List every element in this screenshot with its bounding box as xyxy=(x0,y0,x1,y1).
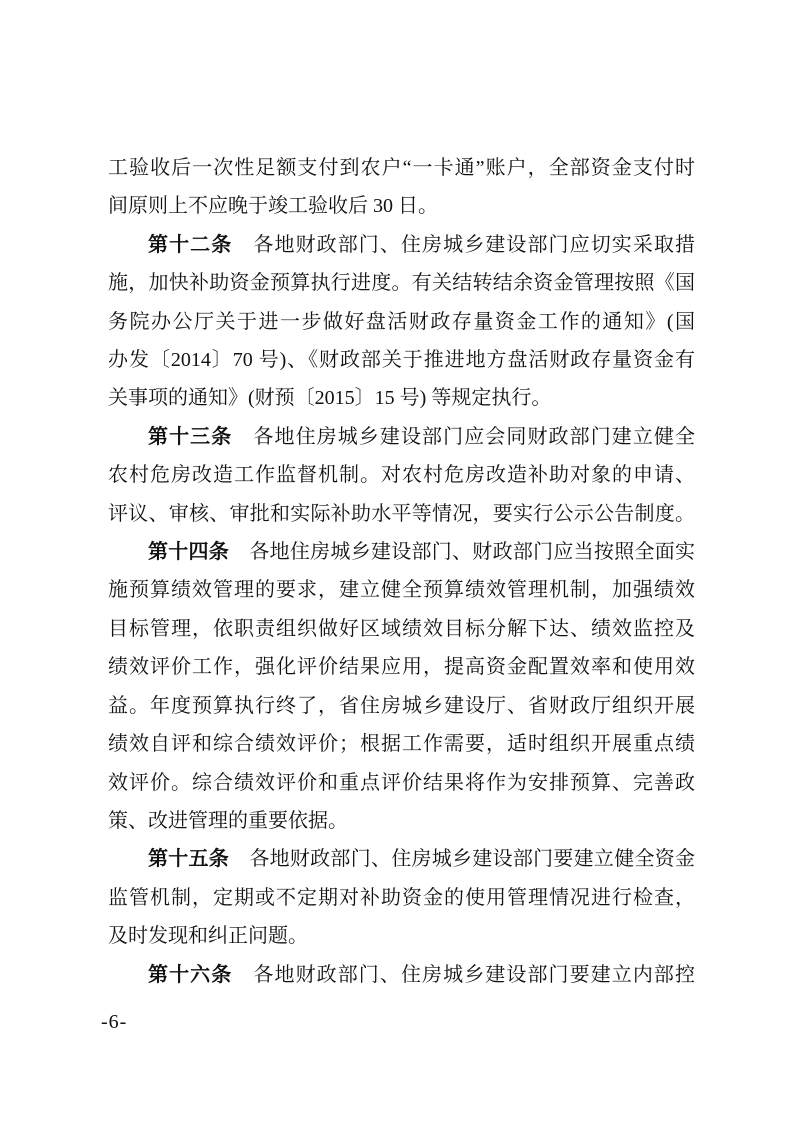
document-page: 工验收后一次性足额支付到农户“一卡通”账户，全部资金支付时 间原则上不应晚于竣工… xyxy=(0,0,793,1122)
document-line: 效评价。综合绩效评价和重点评价结果将作为安排预算、完善政 xyxy=(108,764,695,802)
line-text: 各地财政部门、住房城乡建设部门要建立内部控 xyxy=(232,964,695,986)
line-text: 各地住房城乡建设部门、财政部门应当按照全面实 xyxy=(229,541,695,563)
document-line: 评议、审核、审批和实际补助水平等情况，要实行公示公告制度。 xyxy=(108,495,695,533)
article-number: 第十六条 xyxy=(148,964,232,986)
line-text: 施，加快补助资金预算执行进度。有关结转结余资金管理按照《国 xyxy=(108,272,695,294)
line-text: 及时发现和纠正问题。 xyxy=(108,925,308,947)
line-text: 施预算绩效管理的要求，建立健全预算绩效管理机制，加强绩效 xyxy=(108,579,695,601)
line-text: 评议、审核、审批和实际补助水平等情况，要实行公示公告制度。 xyxy=(108,503,695,525)
line-text: 关事项的通知》(财预〔2015〕15 号) 等规定执行。 xyxy=(108,387,551,409)
article-number: 第十四条 xyxy=(148,541,229,563)
line-text: 监管机制，定期或不定期对补助资金的使用管理情况进行检查， xyxy=(108,887,695,909)
document-line: 策、改进管理的重要依据。 xyxy=(108,802,695,840)
line-text: 效评价。综合绩效评价和重点评价结果将作为安排预算、完善政 xyxy=(108,772,695,794)
line-text: 各地财政部门、住房城乡建设部门应切实采取措 xyxy=(232,234,695,256)
document-line: 办发〔2014〕70 号)、《财政部关于推进地方盘活财政存量资金有 xyxy=(108,341,695,379)
document-line-article-14: 第十四条 各地住房城乡建设部门、财政部门应当按照全面实 xyxy=(108,533,695,571)
line-text: 农村危房改造工作监督机制。对农村危房改造补助对象的申请、 xyxy=(108,464,695,486)
document-line-article-13: 第十三条 各地住房城乡建设部门应会同财政部门建立健全 xyxy=(108,418,695,456)
line-text: 策、改进管理的重要依据。 xyxy=(108,810,348,832)
document-line: 监管机制，定期或不定期对补助资金的使用管理情况进行检查， xyxy=(108,879,695,917)
page-number: -6- xyxy=(101,1011,127,1033)
document-line: 务院办公厅关于进一步做好盘活财政存量资金工作的通知》(国 xyxy=(108,303,695,341)
document-line: 间原则上不应晚于竣工验收后 30 日。 xyxy=(108,187,695,225)
document-line: 农村危房改造工作监督机制。对农村危房改造补助对象的申请、 xyxy=(108,456,695,494)
article-number: 第十二条 xyxy=(148,234,232,256)
document-line-article-12: 第十二条 各地财政部门、住房城乡建设部门应切实采取措 xyxy=(108,226,695,264)
line-text: 目标管理，依职责组织做好区域绩效目标分解下达、绩效监控及 xyxy=(108,618,695,640)
document-line: 施预算绩效管理的要求，建立健全预算绩效管理机制，加强绩效 xyxy=(108,571,695,609)
line-text: 工验收后一次性足额支付到农户“一卡通”账户，全部资金支付时 xyxy=(108,157,695,179)
document-body: 工验收后一次性足额支付到农户“一卡通”账户，全部资金支付时 间原则上不应晚于竣工… xyxy=(108,149,695,994)
document-line: 施，加快补助资金预算执行进度。有关结转结余资金管理按照《国 xyxy=(108,264,695,302)
line-text: 绩效自评和综合绩效评价；根据工作需要，适时组织开展重点绩 xyxy=(108,733,695,755)
document-line: 及时发现和纠正问题。 xyxy=(108,917,695,955)
document-line: 关事项的通知》(财预〔2015〕15 号) 等规定执行。 xyxy=(108,379,695,417)
article-number: 第十五条 xyxy=(148,848,229,870)
document-line: 绩效自评和综合绩效评价；根据工作需要，适时组织开展重点绩 xyxy=(108,725,695,763)
line-text: 办发〔2014〕70 号)、《财政部关于推进地方盘活财政存量资金有 xyxy=(108,349,695,371)
document-line-article-15: 第十五条 各地财政部门、住房城乡建设部门要建立健全资金 xyxy=(108,840,695,878)
document-line-article-16: 第十六条 各地财政部门、住房城乡建设部门要建立内部控 xyxy=(108,956,695,994)
document-line: 目标管理，依职责组织做好区域绩效目标分解下达、绩效监控及 xyxy=(108,610,695,648)
line-text: 益。年度预算执行终了，省住房城乡建设厅、省财政厅组织开展 xyxy=(108,695,695,717)
line-text: 绩效评价工作，强化评价结果应用，提高资金配置效率和使用效 xyxy=(108,656,695,678)
line-text: 务院办公厅关于进一步做好盘活财政存量资金工作的通知》(国 xyxy=(108,311,695,333)
document-line: 绩效评价工作，强化评价结果应用，提高资金配置效率和使用效 xyxy=(108,648,695,686)
line-text: 间原则上不应晚于竣工验收后 30 日。 xyxy=(108,195,438,217)
document-line: 益。年度预算执行终了，省住房城乡建设厅、省财政厅组织开展 xyxy=(108,687,695,725)
line-text: 各地住房城乡建设部门应会同财政部门建立健全 xyxy=(232,426,695,448)
document-line: 工验收后一次性足额支付到农户“一卡通”账户，全部资金支付时 xyxy=(108,149,695,187)
article-number: 第十三条 xyxy=(148,426,232,448)
line-text: 各地财政部门、住房城乡建设部门要建立健全资金 xyxy=(229,848,695,870)
